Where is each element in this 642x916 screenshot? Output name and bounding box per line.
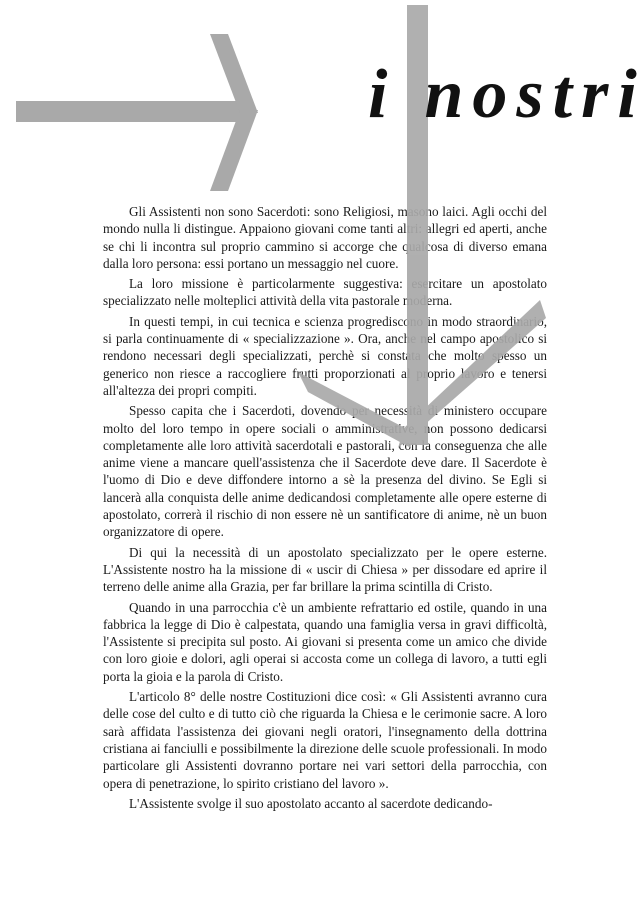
paragraph: Spesso capita che i Sacerdoti, dovendo p… <box>103 402 547 540</box>
paragraph: L'Assistente svolge il suo apostolato ac… <box>103 795 547 812</box>
paragraph: Quando in una parrocchia c'è un ambiente… <box>103 599 547 685</box>
article-body: Gli Assistenti non sono Sacerdoti: sono … <box>103 203 547 815</box>
right-arrow-icon <box>16 34 258 191</box>
paragraph: Gli Assistenti non sono Sacerdoti: sono … <box>103 203 547 272</box>
paragraph: La loro missione è particolarmente sugge… <box>103 275 547 310</box>
title-word-nostri: nostri <box>424 56 642 133</box>
paragraph: In questi tempi, in cui tecnica e scienz… <box>103 313 547 399</box>
paragraph: L'articolo 8° delle nostre Costituzioni … <box>103 688 547 792</box>
page-title: inostri <box>368 60 642 130</box>
title-word-i: i <box>368 60 396 130</box>
paragraph: Di qui la necessità di un apostolato spe… <box>103 544 547 596</box>
